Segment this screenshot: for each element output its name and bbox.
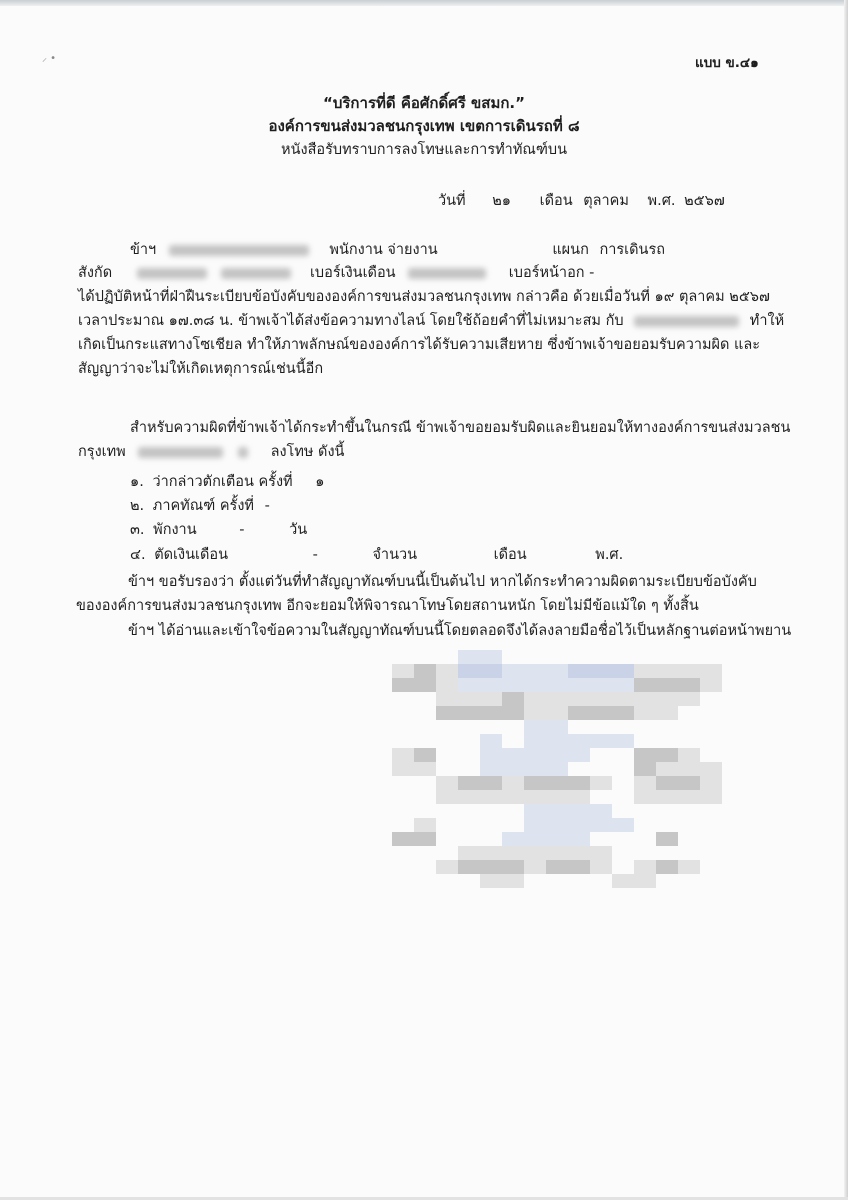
redaction-pixel [502,748,524,762]
violation-text-end: ทำให้ [750,313,784,329]
redacted-affiliation-unit [221,268,291,279]
redaction-pixel [458,860,480,874]
redaction-pixel [392,762,414,776]
redaction-pixel [678,692,700,706]
redaction-pixel [590,846,612,860]
redaction-pixel [678,748,700,762]
redaction-pixel [546,762,568,776]
violation-line-3: เกิดเป็นกระแสทางโซเชียล ทำให้ภาพลักษณ์ขอ… [78,335,760,355]
redaction-pixel [480,650,502,664]
department-value: การเดินรถ [599,242,665,258]
redaction-pixel [546,776,568,790]
redaction-pixel [678,678,700,692]
redaction-pixel [502,874,524,888]
redaction-pixel [590,860,612,874]
redaction-pixel [634,762,656,776]
redaction-pixel [458,790,480,804]
redaction-pixel [568,748,590,762]
redaction-pixel [590,818,612,832]
badge-no-label: เบอร์หน้าอก [509,265,585,281]
redaction-pixel [568,706,590,720]
redaction-pixel [546,706,568,720]
redaction-pixel [678,762,700,776]
redaction-pixel [568,832,590,846]
penalty-label: ว่ากล่าวตักเตือน ครั้งที่ [152,474,292,490]
redaction-pixel [568,664,590,678]
redacted-unit-name [138,447,223,458]
redaction-pixel [612,874,634,888]
redaction-pixel [414,678,436,692]
redaction-pixel [458,776,480,790]
redaction-pixel [546,692,568,706]
penalty-num: ๓. [130,522,145,538]
redaction-pixel [656,790,678,804]
redaction-pixel [436,678,458,692]
redaction-pixel [524,860,546,874]
month-label: เดือน [540,193,573,209]
redaction-pixel [458,846,480,860]
redaction-pixel [568,734,590,748]
redaction-pixel [480,776,502,790]
redaction-pixel [634,860,656,874]
redaction-pixel [524,832,546,846]
violation-line-2: เวลาประมาณ ๑๗.๓๘ น. ข้าพเจ้าได้ส่งข้อควา… [78,311,784,331]
penalty-label: ภาคทัณฑ์ ครั้งที่ [153,498,254,514]
redaction-pixel [436,664,458,678]
redaction-pixel [656,832,678,846]
affiliation-label: สังกัด [78,265,112,281]
organization-title: องค์การขนส่งมวลชนกรุงเทพ เขตการเดินรถที่… [0,116,848,136]
redaction-pixel [502,762,524,776]
redaction-pixel [590,664,612,678]
penalty-num: ๔. [130,547,146,563]
redaction-pixel [568,776,590,790]
redaction-pixel [524,804,546,818]
redaction-pixel [590,804,612,818]
redaction-pixel [700,762,722,776]
redaction-pixel [458,692,480,706]
scan-right-edge [844,0,848,1200]
redaction-pixel [524,678,546,692]
redaction-pixel [502,790,524,804]
day-value: ๒๑ [492,193,511,209]
redacted-recipient-name [634,316,739,327]
redaction-pixel [480,762,502,776]
certify-line-2: ขององค์การขนส่งมวลชนกรุงเทพ อีกจะยอมให้พ… [76,596,699,616]
redaction-pixel [612,664,634,678]
redaction-pixel [678,860,700,874]
redaction-pixel [656,678,678,692]
redaction-pixel [568,860,590,874]
redaction-pixel [480,706,502,720]
redaction-pixel [612,818,634,832]
redaction-pixel [480,790,502,804]
year-label: พ.ศ. [648,193,676,209]
penalty-year-label: พ.ศ. [595,547,623,563]
redaction-pixel [656,748,678,762]
redaction-pixel [634,874,656,888]
redacted-unit-number [238,447,248,458]
violation-text: เวลาประมาณ ๑๗.๓๘ น. ข้าพเจ้าได้ส่งข้อควา… [78,313,624,329]
violation-line-4: สัญญาว่าจะไม่ให้เกิดเหตุการณ์เช่นนี้อีก [78,359,323,379]
redaction-pixel [568,790,590,804]
redaction-pixel [656,860,678,874]
redaction-pixel [502,860,524,874]
redaction-pixel [436,692,458,706]
redaction-pixel [656,664,678,678]
redaction-pixel [392,678,414,692]
redaction-pixel [612,706,634,720]
consent-text: กรุงเทพ [78,444,126,460]
redaction-pixel [480,860,502,874]
redaction-pixel [414,832,436,846]
redaction-pixel [524,734,546,748]
redaction-pixel [524,720,546,734]
redacted-signature-block [370,650,740,890]
redaction-pixel [524,818,546,832]
penalty-num: ๑. [130,474,144,490]
redacted-employee-name [169,245,309,256]
redaction-pixel [436,776,458,790]
scan-speck: ⸝ • [42,50,56,64]
redaction-pixel [436,706,458,720]
redaction-pixel [612,734,634,748]
redaction-pixel [502,832,524,846]
day-label: วันที่ [438,193,466,209]
redaction-pixel [700,790,722,804]
redaction-pixel [524,706,546,720]
redaction-pixel [656,762,678,776]
redaction-pixel [634,748,656,762]
redaction-pixel [568,692,590,706]
penalty-label: ตัดเงินเดือน [154,547,228,563]
redaction-pixel [480,664,502,678]
redaction-pixel [546,734,568,748]
redaction-pixel [546,790,568,804]
penalty-item-3: ๓. พักงาน - วัน [130,520,307,540]
redaction-pixel [678,664,700,678]
redaction-pixel [502,776,524,790]
redaction-pixel [634,664,656,678]
redaction-pixel [458,706,480,720]
redaction-pixel [546,664,568,678]
redaction-pixel [634,678,656,692]
redaction-pixel [568,846,590,860]
redaction-pixel [458,664,480,678]
redaction-pixel [590,734,612,748]
position-value: จ่ายงาน [387,242,437,258]
redaction-pixel [414,664,436,678]
redaction-pixel [502,692,524,706]
redaction-pixel [480,846,502,860]
scan-top-edge [0,0,848,6]
redaction-pixel [546,860,568,874]
redaction-pixel [502,846,524,860]
slogan: “บริการที่ดี คือศักดิ์ศรี ขสมก.” [0,93,848,113]
salary-no-label: เบอร์เงินเดือน [310,265,396,281]
certify-line-1: ข้าฯ ขอรับรองว่า ตั้งแต่วันที่ทำสัญญาทัณ… [128,572,757,592]
penalty-unit: วัน [289,522,307,538]
redaction-pixel [480,734,502,748]
consent-line-2: กรุงเทพ ลงโทษ ดังนี้ [78,442,344,462]
document-title: หนังสือรับทราบการลงโทษและการทำทัณฑ์บน [0,140,848,160]
penalty-value: ๑ [315,474,324,490]
redaction-pixel [612,692,634,706]
redaction-pixel [568,818,590,832]
redaction-pixel [634,692,656,706]
redaction-pixel [546,678,568,692]
penalty-value: - [313,547,318,563]
position-label: พนักงาน [329,242,382,258]
redaction-pixel [590,678,612,692]
redaction-pixel [480,874,502,888]
redaction-pixel [392,748,414,762]
acknowledge-line: ข้าฯ ได้อ่านและเข้าใจข้อความในสัญญาทัณฑ์… [128,621,791,641]
redaction-pixel [700,776,722,790]
year-value: ๒๕๖๗ [684,193,725,209]
redaction-pixel [524,790,546,804]
redaction-pixel [656,706,678,720]
penalty-value: - [265,498,270,514]
redaction-pixel [546,804,568,818]
redaction-pixel [546,818,568,832]
redaction-pixel [612,678,634,692]
redaction-pixel [678,790,700,804]
penalty-num: ๒. [130,498,144,514]
redaction-pixel [524,846,546,860]
redaction-pixel [524,692,546,706]
redaction-pixel [546,748,568,762]
redaction-pixel [700,664,722,678]
redaction-pixel [524,748,546,762]
redaction-pixel [392,664,414,678]
redaction-pixel [392,832,414,846]
redaction-pixel [524,776,546,790]
redaction-pixel [546,846,568,860]
redaction-pixel [414,818,436,832]
consent-line-1: สำหรับความผิดที่ข้าพเจ้าได้กระทำขึ้นในกร… [130,418,790,438]
date-line: วันที่ ๒๑ เดือน ตุลาคม พ.ศ. ๒๕๖๗ [438,191,725,211]
redaction-pixel [524,762,546,776]
redaction-pixel [568,678,590,692]
redaction-pixel [480,748,502,762]
employee-line: ข้าฯ พนักงาน จ่ายงาน แผนก การเดินรถ [130,240,665,260]
redacted-affiliation [137,268,207,279]
penalty-label: พักงาน [153,522,196,538]
prefix: ข้าฯ [130,242,156,258]
redaction-pixel [656,692,678,706]
redaction-pixel [634,776,656,790]
redaction-pixel [480,692,502,706]
redaction-pixel [458,650,480,664]
redaction-pixel [436,790,458,804]
penalty-amount-label: จำนวน [372,547,417,563]
redaction-pixel [458,678,480,692]
redaction-pixel [480,678,502,692]
penalty-item-4: ๔. ตัดเงินเดือน - จำนวน เดือน พ.ศ. [130,545,623,565]
violation-line-1: ได้ปฏิบัติหน้าที่ฝ่าฝืนระเบียบข้อบังคับข… [78,287,770,307]
redaction-pixel [590,692,612,706]
consent-text-end: ลงโทษ ดังนี้ [271,444,345,460]
month-value: ตุลาคม [583,193,629,209]
redaction-pixel [634,706,656,720]
redaction-pixel [414,762,436,776]
penalty-month-label: เดือน [494,547,527,563]
redaction-pixel [678,776,700,790]
redaction-pixel [546,720,568,734]
redaction-pixel [590,706,612,720]
redaction-pixel [546,832,568,846]
department-label: แผนก [552,242,589,258]
redaction-pixel [502,706,524,720]
form-code: แบบ ข.๔๑ [695,53,759,73]
penalty-value: - [239,522,244,538]
redaction-pixel [414,748,436,762]
redaction-pixel [634,790,656,804]
redacted-salary-no [408,268,486,279]
redaction-pixel [502,664,524,678]
affiliation-line: สังกัด เบอร์เงินเดือน เบอร์หน้าอก - [78,263,594,283]
redaction-pixel [524,664,546,678]
penalty-item-1: ๑. ว่ากล่าวตักเตือน ครั้งที่ ๑ [130,472,324,492]
redaction-pixel [502,678,524,692]
redaction-pixel [700,678,722,692]
badge-no-value: - [589,265,594,281]
redaction-pixel [568,804,590,818]
penalty-item-2: ๒. ภาคทัณฑ์ ครั้งที่ - [130,496,270,516]
redaction-pixel [656,776,678,790]
redaction-pixel [590,776,612,790]
redaction-pixel [436,860,458,874]
